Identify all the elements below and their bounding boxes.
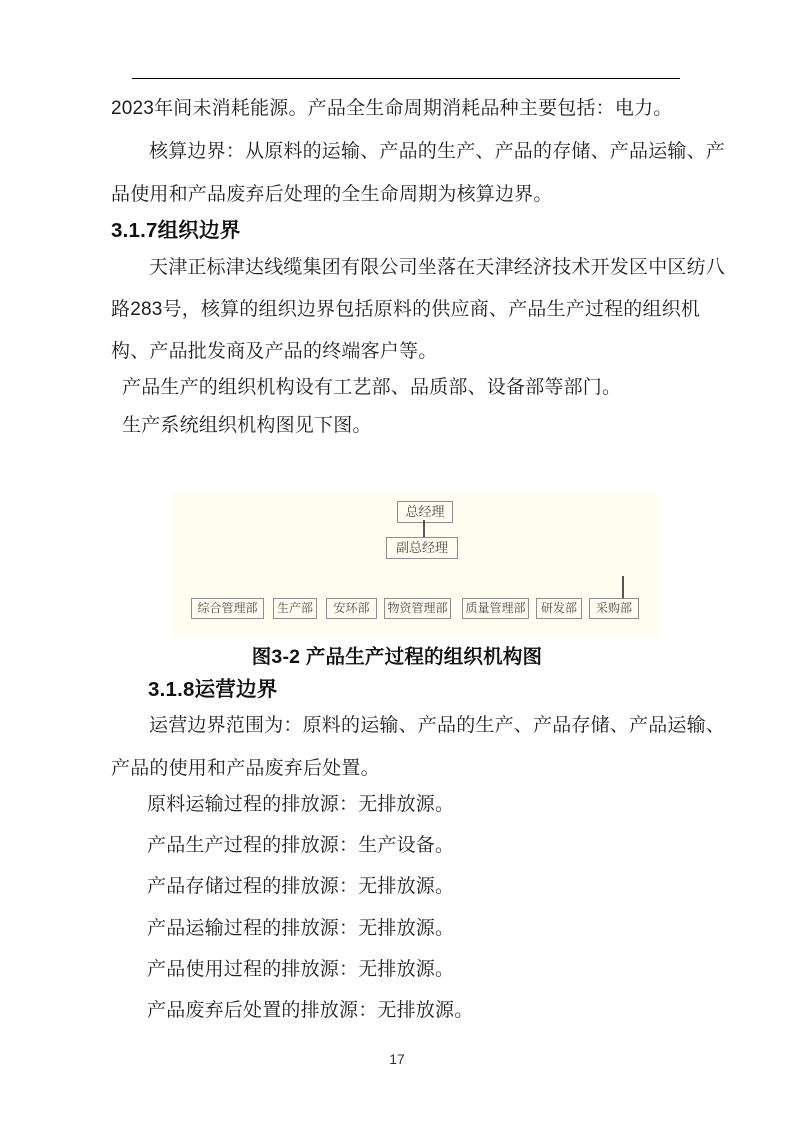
emission-source-line: 产品使用过程的排放源：无排放源。: [147, 958, 454, 981]
organization-paragraph-line: 构、产品批发商及产品的终端客户等。: [111, 340, 437, 363]
org-chart-node-dept: 综合管理部: [191, 598, 264, 619]
org-chart-node-dept: 研发部: [536, 598, 582, 619]
emission-source-line: 产品生产过程的排放源：生产设备。: [147, 834, 454, 857]
org-chart-node-general-manager: 总经理: [397, 501, 453, 523]
operation-paragraph-line: 运营边界范围为：原料的运输、产品的生产、产品存储、产品运输、: [149, 714, 725, 737]
emission-source-line: 产品废弃后处置的排放源：无排放源。: [147, 999, 473, 1022]
org-chart-node-dept: 安环部: [326, 598, 377, 619]
organization-paragraph-line: 路283号，核算的组织边界包括原料的供应商、产品生产过程的组织机: [111, 298, 700, 321]
figure-caption: 图3-2 产品生产过程的组织机构图: [0, 641, 794, 669]
org-chart-connector-line: [423, 520, 425, 537]
org-chart-node-dept: 物资管理部: [384, 598, 451, 619]
operation-paragraph-line: 产品的使用和产品废弃后处置。: [111, 757, 380, 780]
document-page: 2023年间未消耗能源。产品全生命周期消耗品种主要包括：电力。 核算边界：从原料…: [0, 0, 794, 1123]
emission-source-line: 原料运输过程的排放源：无排放源。: [147, 793, 454, 816]
intro-line: 核算边界：从原料的运输、产品的生产、产品的存储、产品运输、产: [149, 140, 725, 163]
organization-paragraph-line: 生产系统组织机构图见下图。: [122, 414, 372, 437]
org-chart-node-dept: 生产部: [273, 598, 317, 619]
org-chart-connector-line: [622, 576, 624, 598]
org-chart-node-dept: 质量管理部: [462, 598, 529, 619]
org-chart-figure: 总经理 副总经理 综合管理部 生产部 安环部 物资管理部 质量管理部 研发部 采…: [173, 492, 657, 635]
organization-paragraph-line: 天津正标津达线缆集团有限公司坐落在天津经济技术开发区中区纺八: [149, 256, 725, 279]
intro-line: 2023年间未消耗能源。产品全生命周期消耗品种主要包括：电力。: [111, 97, 672, 120]
page-number: 17: [0, 1051, 794, 1067]
org-chart-node-dept: 采购部: [589, 598, 639, 619]
emission-source-line: 产品运输过程的排放源：无排放源。: [147, 917, 454, 940]
organization-paragraph-line: 产品生产的组织机构设有工艺部、品质部、设备部等部门。: [122, 376, 621, 399]
section-heading-operational-boundary: 3.1.8运营边界: [148, 672, 277, 702]
emission-source-line: 产品存储过程的排放源：无排放源。: [147, 875, 454, 898]
intro-line: 品使用和产品废弃后处理的全生命周期为核算边界。: [111, 183, 553, 206]
org-chart-node-deputy-general-manager: 副总经理: [386, 537, 458, 559]
header-rule: [132, 78, 680, 79]
section-heading-organization-boundary: 3.1.7组织边界: [111, 213, 240, 243]
